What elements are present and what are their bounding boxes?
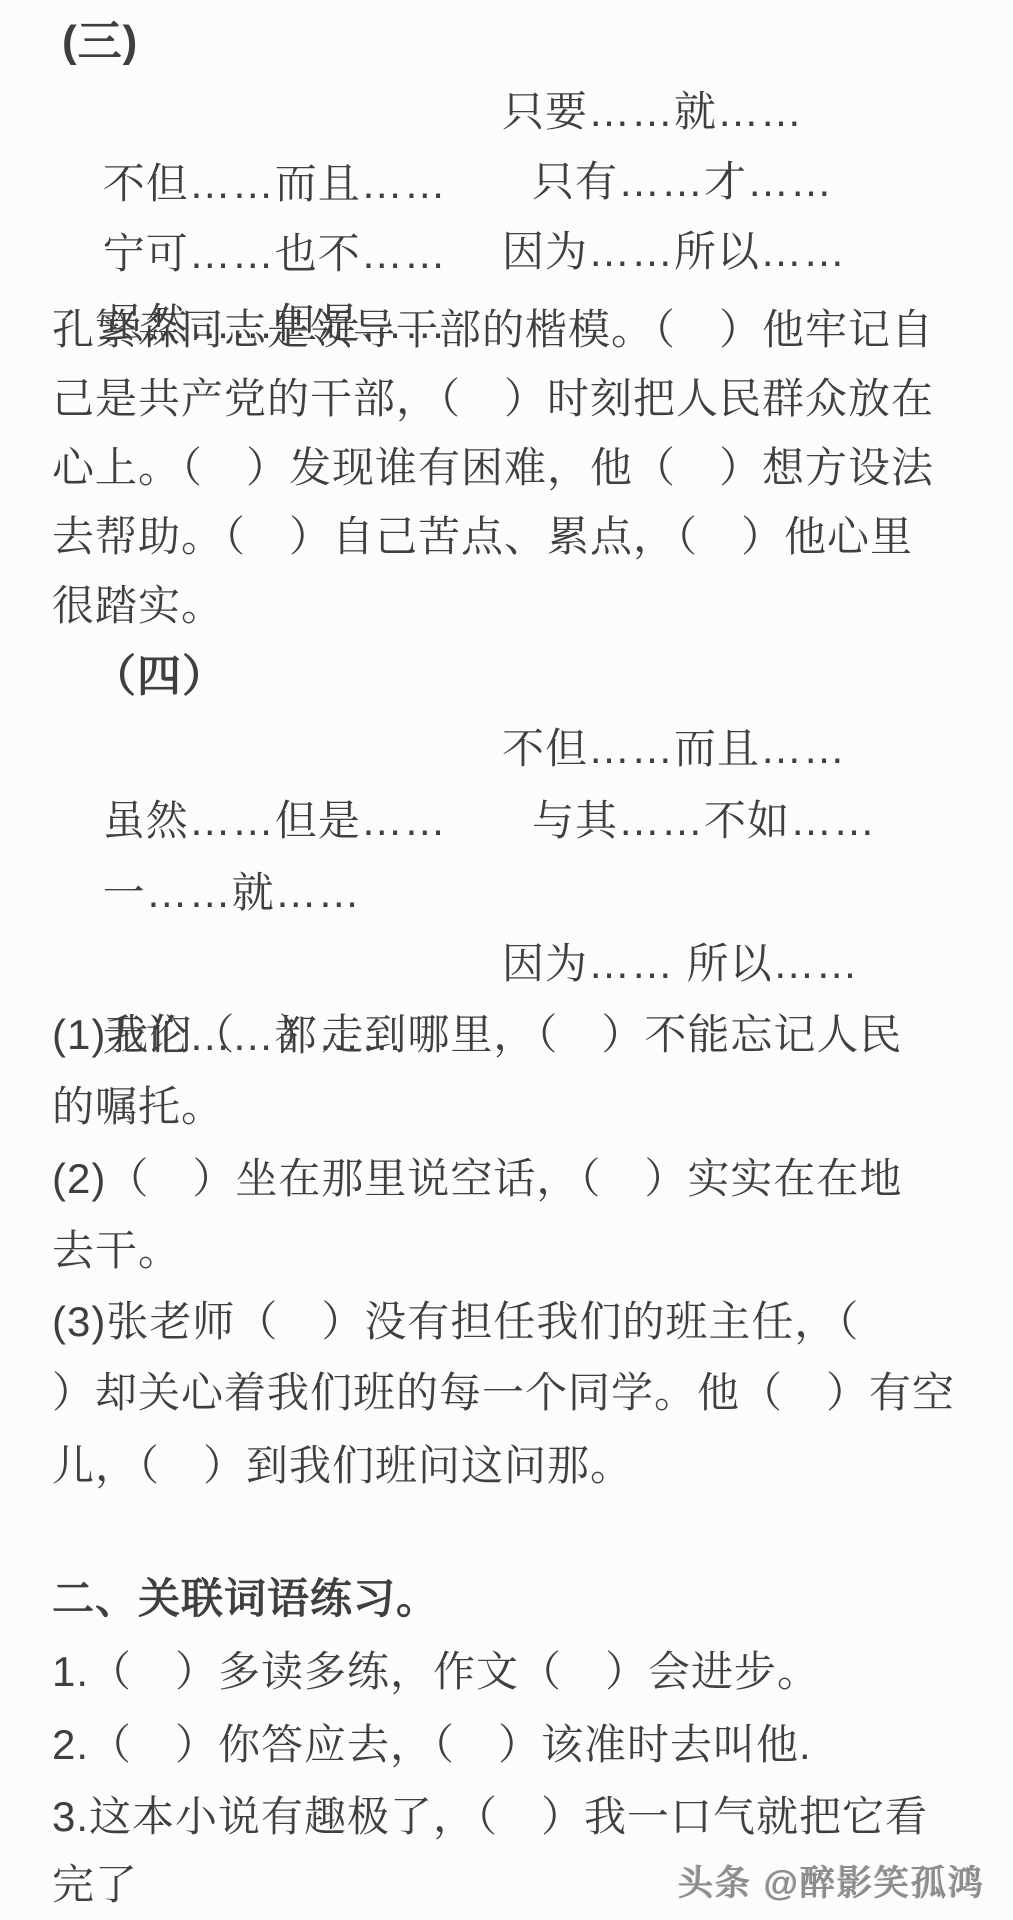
exercise-line: 3.这本小说有趣极了，（ ）我一口气就把它看 — [52, 1781, 985, 1853]
conjunction-pair-row: 无论……都…… 因为…… 所以…… — [52, 928, 985, 1000]
paragraph-line: 很踏实。 — [52, 570, 985, 642]
item-line: 去干。 — [52, 1215, 985, 1287]
paragraph-line: 孔繁森同志是领导干部的楷模。（ ）他牢记自 — [52, 294, 985, 366]
item-line: (2)（ ）坐在那里说空话，（ ）实实在在地 — [52, 1143, 985, 1215]
section-four-heading: （四） — [52, 641, 985, 713]
exercise-line: 2.（ ）你答应去，（ ）该准时去叫他. — [52, 1709, 985, 1781]
conjunction-pair-row: 虽然……但是…… 因为……所以…… — [52, 216, 985, 288]
item-line: (1)我们（ ）走到哪里，（ ）不能忘记人民 — [52, 999, 985, 1071]
pair-right: 只要……就…… — [502, 76, 803, 148]
pair-right: 不但……而且…… — [502, 713, 846, 785]
item-line: 的嘱托。 — [52, 1071, 985, 1143]
conjunction-pair-row: 宁可……也不…… 只有……才…… — [52, 146, 985, 218]
paragraph-line: 去帮助。（ ）自己苦点、累点，（ ）他心里 — [52, 501, 985, 573]
conjunction-pair-row: 不但……而且…… 只要……就…… — [52, 76, 985, 148]
pair-right: 与其……不如…… — [532, 785, 876, 857]
item-line: 儿，（ ）到我们班问这问那。 — [52, 1430, 985, 1502]
item-line: ）却关心着我们班的每一个同学。他（ ）有空 — [52, 1357, 985, 1429]
pair-right: 因为…… 所以…… — [502, 928, 859, 1000]
pair-left: 一……就…… — [103, 869, 361, 916]
worksheet-page: (三) 不但……而且…… 只要……就…… 宁可……也不…… 只有……才…… 虽然… — [0, 0, 1013, 1920]
conjunction-pair-row: 一……就…… 与其……不如…… — [52, 785, 985, 857]
conjunction-pair-row: 虽然……但是…… 不但……而且…… — [52, 713, 985, 785]
paragraph-line: 心上。（ ）发现谁有困难，他（ ）想方设法 — [52, 432, 985, 504]
section-two-heading: 二、关联词语练习。 — [52, 1563, 985, 1635]
paragraph-line: 己是共产党的干部，（ ）时刻把人民群众放在 — [52, 363, 985, 435]
toutiao-watermark: 头条 @醉影笑孤鸿 — [678, 1858, 985, 1910]
pair-right: 因为……所以…… — [502, 216, 846, 288]
exercise-line: 1.（ ）多读多练，作文（ ）会进步。 — [52, 1636, 985, 1708]
item-line: (3)张老师（ ）没有担任我们的班主任，（ — [52, 1286, 985, 1358]
section-three-heading: (三) — [52, 6, 985, 78]
pair-right: 只有……才…… — [532, 146, 833, 218]
